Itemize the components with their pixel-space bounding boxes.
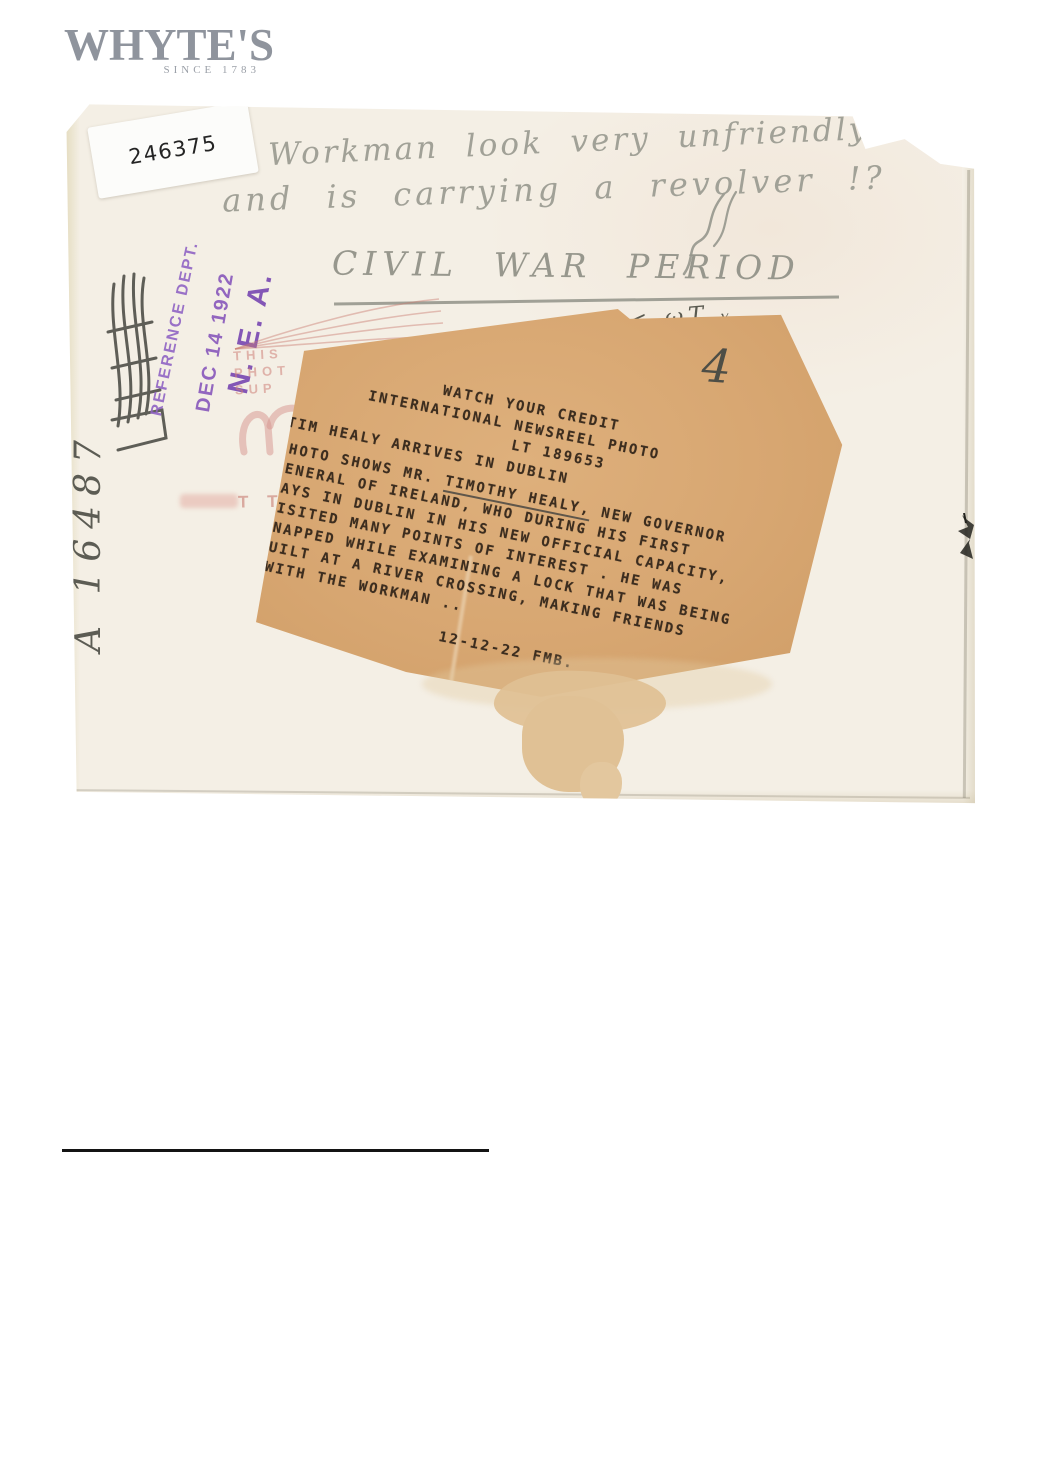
photo-bottom-edge-shadow	[74, 789, 970, 799]
whytes-logo: WHYTE'S SINCE 1783	[64, 22, 260, 76]
ink-blot	[940, 513, 976, 569]
photo-right-edge-shadow	[963, 170, 970, 798]
red-stamp-fragment-line: PHOT	[234, 362, 291, 382]
footnote-rule	[62, 1149, 489, 1152]
pencil-period-note: CIVIL WAR PERIOD	[332, 244, 801, 288]
caption-label-paper: 4 WATCH YOUR CREDIT INTERNATIONAL NEWSRE…	[250, 305, 850, 700]
catalog-page: WHYTE'S SINCE 1783 246375 Workman look v…	[0, 0, 1040, 1471]
photo-verso-scan: 246375 Workman look very unfriendly and …	[62, 98, 975, 806]
lot-number: 246375	[127, 131, 219, 169]
pencil-number-4: 4	[700, 338, 733, 394]
logo-wordmark: WHYTE'S	[64, 22, 260, 68]
red-stamp-smudge	[180, 494, 238, 508]
residue-stain	[580, 762, 622, 808]
